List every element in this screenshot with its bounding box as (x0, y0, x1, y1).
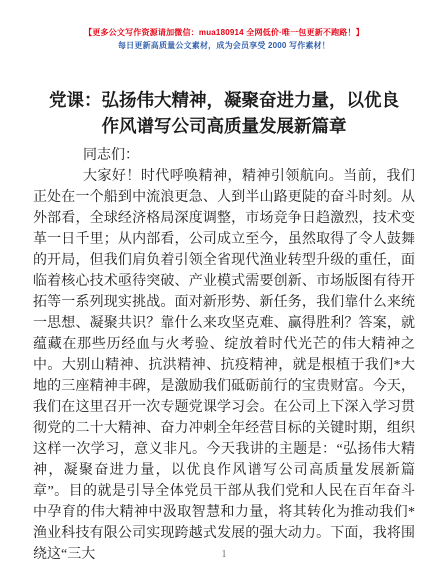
page-number: 1 (0, 549, 448, 560)
document-page: 【更多公文写作资源请加微信：mua180914 全网低价·唯一包更新不跑路！】 … (0, 0, 448, 580)
salutation: 同志们： (33, 145, 415, 166)
ad-banner-line-2: 每日更新高质量公文素材，成为会员享受 2000 写作素材！ (0, 39, 448, 52)
ad-banner-line-1: 【更多公文写作资源请加微信：mua180914 全网低价·唯一包更新不跑路！】 (0, 26, 448, 39)
ad-banner: 【更多公文写作资源请加微信：mua180914 全网低价·唯一包更新不跑路！】 … (0, 0, 448, 52)
body-paragraph: 大家好！时代呼唤精神，精神引领航向。当前，我们正处在一个船到中流浪更急、人到半山… (33, 166, 415, 565)
document-title: 党课：弘扬伟大精神，凝聚奋进力量，以优良作风谱写公司高质量发展新篇章 (44, 87, 404, 139)
document-body: 同志们： 大家好！时代呼唤精神，精神引领航向。当前，我们正处在一个船到中流浪更急… (33, 145, 415, 565)
